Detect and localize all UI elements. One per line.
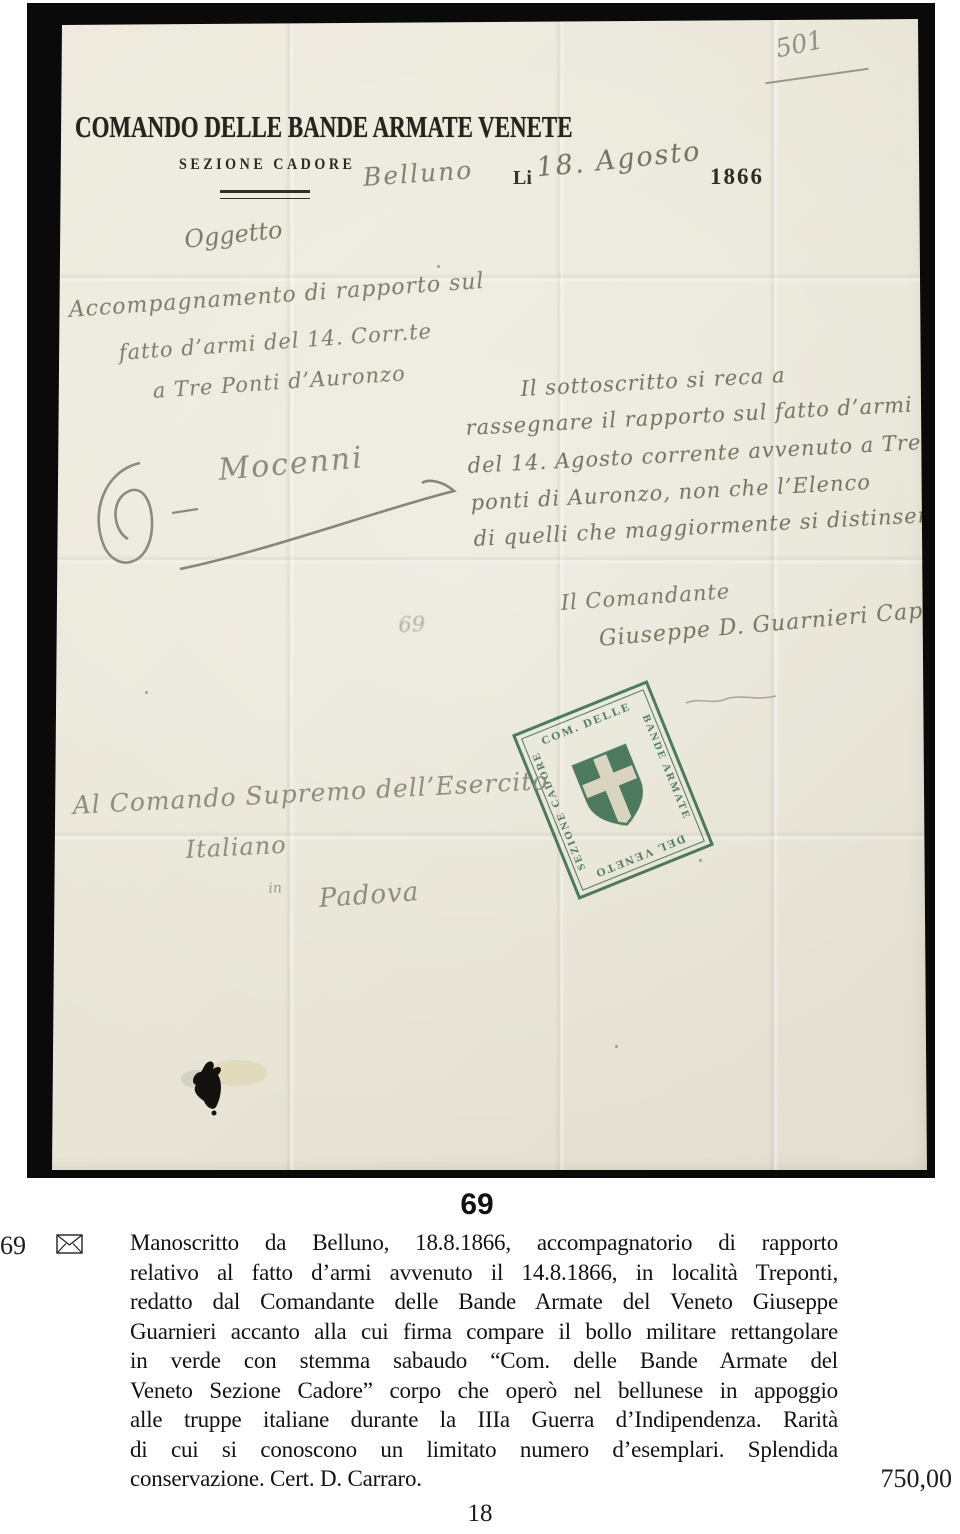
description-line: di cui si conoscono un limitato numero d…: [130, 1435, 838, 1465]
description-line: relativo al fatto d’armi avvenuto il 14.…: [130, 1258, 838, 1288]
paper-speck: [437, 265, 440, 268]
ink-blot: [175, 1055, 285, 1125]
description-line: Veneto Sezione Cadore” corpo che operò n…: [130, 1376, 838, 1406]
fold-crease: [27, 555, 935, 565]
lot-header-number: 69: [0, 1188, 954, 1222]
handwritten-filing-number: 501: [773, 25, 826, 63]
paper-speck: [145, 691, 148, 694]
pencil-lot-number: 69: [398, 612, 426, 637]
fold-crease: [285, 3, 295, 1178]
letterhead-rule: [220, 190, 310, 199]
document-photo: 501 COMANDO DELLE BANDE ARMATE VENETE SE…: [27, 3, 935, 1178]
description-line: Manoscritto da Belluno, 18.8.1866, accom…: [130, 1228, 838, 1258]
handwritten-closing-title: Il Comandante: [560, 579, 731, 615]
paper-speck: [699, 859, 702, 862]
lot-price: 750,00: [881, 1464, 953, 1494]
description-line: redatto dal Comandante delle Bande Armat…: [130, 1287, 838, 1317]
handwritten-visto-signature: Mocenni: [217, 440, 365, 488]
filing-number-underline: [765, 68, 868, 84]
lot-description: Manoscritto da Belluno, 18.8.1866, accom…: [130, 1228, 838, 1494]
handwritten-body-line: ponti di Auronzo, non che l’Elenco: [470, 470, 872, 515]
page-number: 18: [0, 1500, 960, 1528]
handwritten-note-line: fatto d’armi del 14. Corr.te: [118, 319, 433, 365]
fold-crease: [769, 3, 779, 1178]
small-handwritten-mark: [682, 689, 782, 711]
handwritten-address-line: Al Comando Supremo dell’Esercito: [72, 766, 549, 820]
handwritten-place: Belluno: [362, 155, 474, 192]
fold-crease: [27, 831, 935, 841]
lot-number: 69: [0, 1231, 44, 1261]
handwritten-address-line: in: [268, 880, 282, 897]
description-line: Guarnieri accanto alla cui firma compare…: [130, 1317, 838, 1347]
envelope-icon: [56, 1234, 83, 1254]
paper-speck: [615, 1045, 618, 1048]
handwritten-subject-label: Oggetto: [183, 216, 284, 254]
letterhead-subtitle: SEZIONE CADORE: [179, 156, 355, 174]
letterhead-title: COMANDO DELLE BANDE ARMATE VENETE: [75, 109, 573, 145]
description-line: conservazione. Cert. D. Carraro.: [130, 1464, 838, 1494]
printed-year: 1866: [710, 164, 764, 190]
handwritten-address-line: Padova: [318, 877, 420, 914]
printed-li-label: Li: [513, 167, 532, 190]
description-line: alle truppe italiane durante la IIIa Gue…: [130, 1405, 838, 1435]
catalog-page: 501 COMANDO DELLE BANDE ARMATE VENETE SE…: [0, 0, 960, 1534]
description-line: in verde con stemma sabaudo “Com. delle …: [130, 1346, 838, 1376]
handwritten-address-line: Italiano: [185, 831, 287, 864]
handwritten-note-line: a Tre Ponti d’Auronzo: [152, 361, 406, 403]
manuscript-paper: 501 COMANDO DELLE BANDE ARMATE VENETE SE…: [27, 3, 935, 1178]
